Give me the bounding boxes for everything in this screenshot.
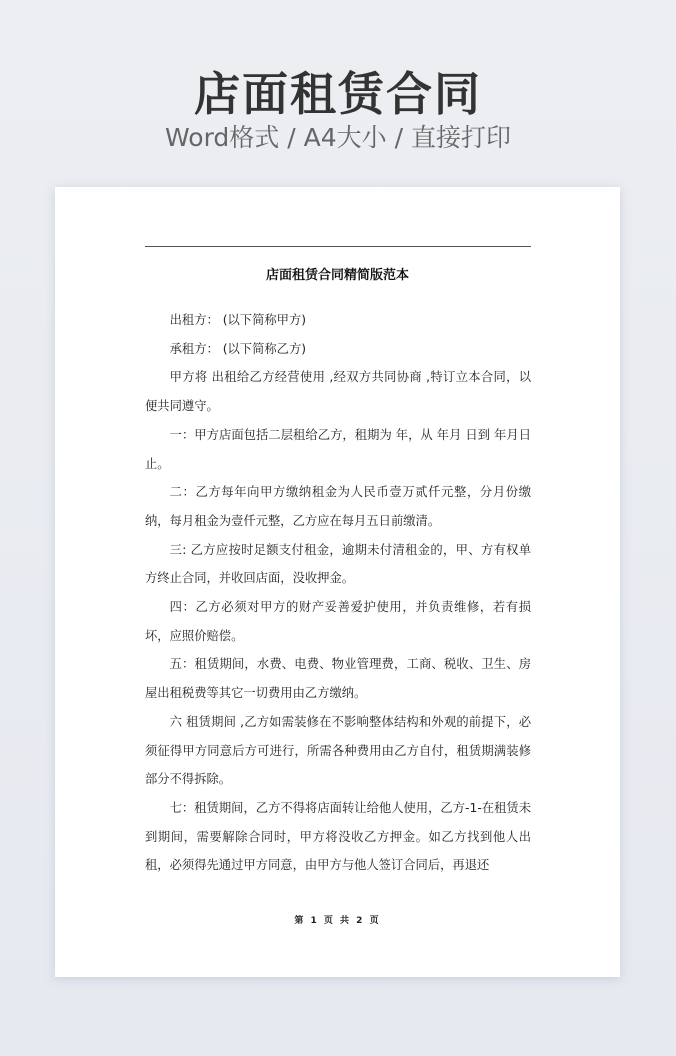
paragraph-lessee: 承租方： (以下简称乙方) <box>145 335 531 364</box>
paragraph-clause-7: 七：租赁期间，乙方不得将店面转让给他人使用，乙方-1-在租赁未到期间，需要解除合… <box>145 794 531 880</box>
paragraph-lessor: 出租方： (以下简称甲方) <box>145 306 531 335</box>
paragraph-clause-3: 三: 乙方应按时足额支付租金，逾期未付清租金的，甲、方有权单方终止合同，并收回店… <box>145 536 531 593</box>
hero-subtitle: Word格式 / A4大小 / 直接打印 <box>0 118 676 158</box>
paragraph-clause-6: 六 租赁期间 ,乙方如需装修在不影响整体结构和外观的前提下，必须征得甲方同意后方… <box>145 708 531 794</box>
document-body: 出租方： (以下简称甲方) 承租方： (以下简称乙方) 甲方将 出租给乙方经营使… <box>145 306 531 880</box>
paragraph-clause-4: 四：乙方必须对甲方的财产妥善爱护使用，并负责维修，若有损坏，应照价赔偿。 <box>145 593 531 650</box>
paragraph-clause-1: 一：甲方店面包括二层租给乙方，租期为 年，从 年月 日到 年月日止。 <box>145 421 531 478</box>
document-page: 店面租赁合同精简版范本 出租方： (以下简称甲方) 承租方： (以下简称乙方) … <box>55 187 620 977</box>
document-title: 店面租赁合同精简版范本 <box>55 265 620 287</box>
header-rule <box>145 246 531 247</box>
paragraph-clause-2: 二：乙方每年向甲方缴纳租金为人民币壹万贰仟元整，分月份缴纳，每月租金为壹仟元整，… <box>145 478 531 535</box>
page-number: 第 1 页 共 2 页 <box>55 913 620 926</box>
paragraph-intro: 甲方将 出租给乙方经营使用 ,经双方共同协商 ,特订立本合同，以便共同遵守。 <box>145 363 531 420</box>
hero-title: 店面租赁合同 <box>0 62 676 126</box>
paragraph-clause-5: 五：租赁期间，水费、电费、物业管理费，工商、税收、卫生、房屋出租税费等其它一切费… <box>145 650 531 707</box>
